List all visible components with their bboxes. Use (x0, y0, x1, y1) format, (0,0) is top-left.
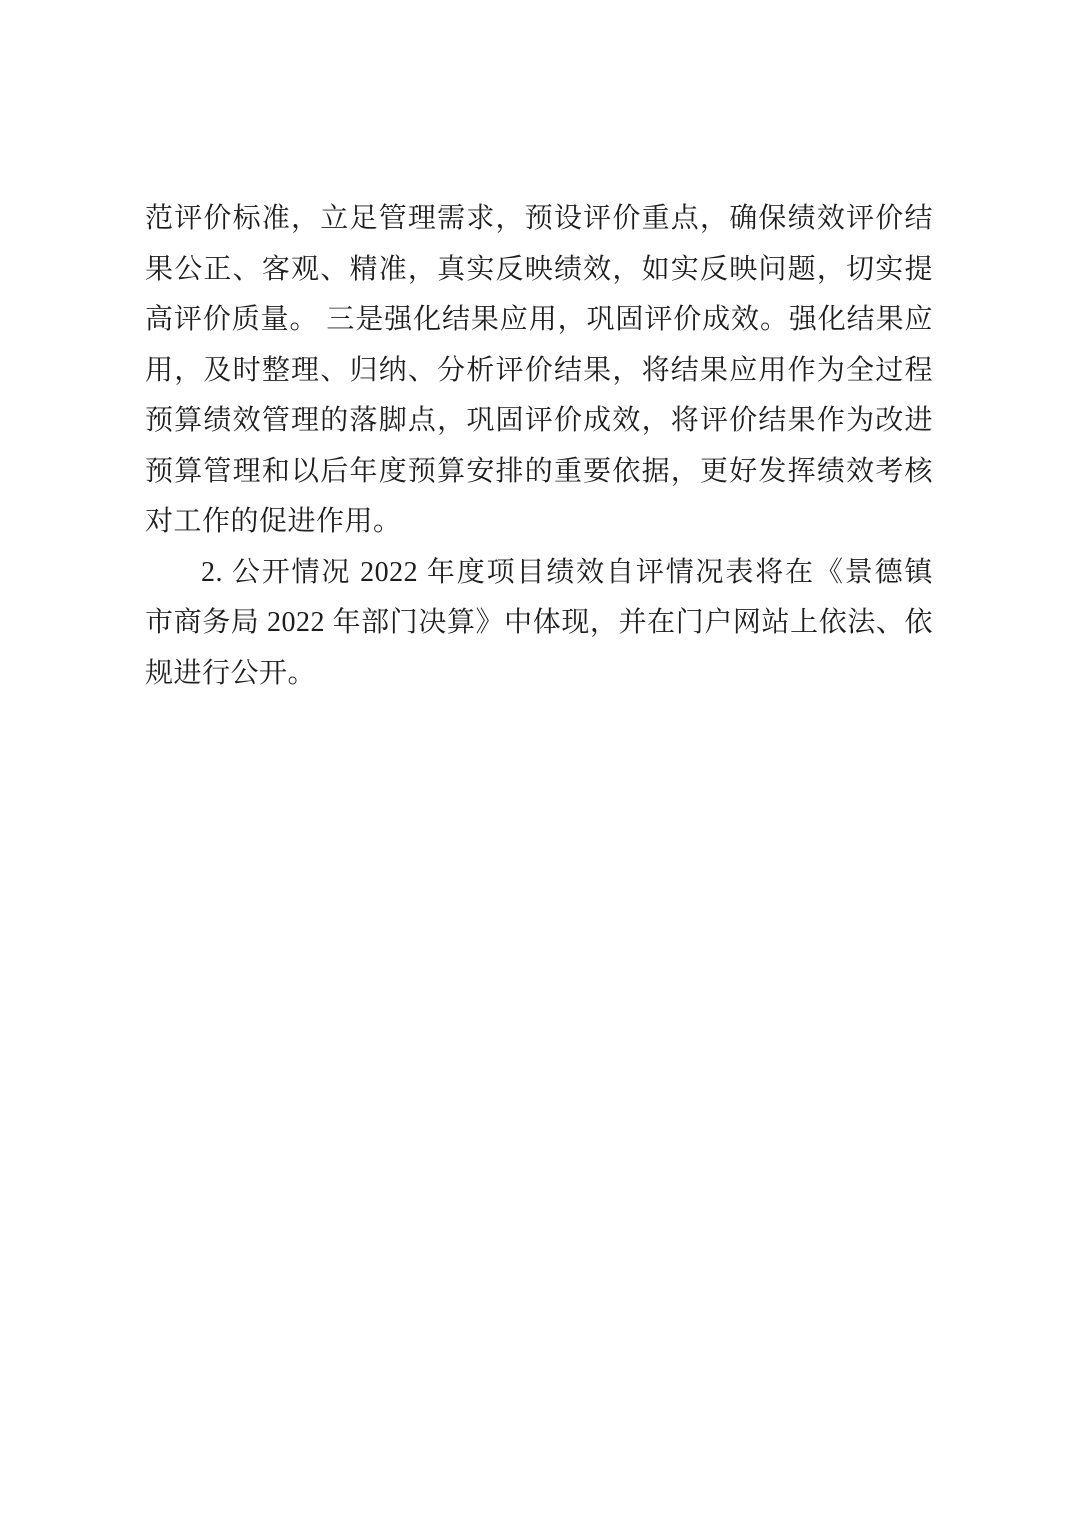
text-line: 果公正、客观、精准，真实反映绩效，如实反映问题，切实提 (145, 245, 933, 296)
text-line: 规进行公开。 (145, 649, 933, 700)
paragraph-1: 范评价标准，立足管理需求，预设评价重点，确保绩效评价结 果公正、客观、精准，真实… (145, 194, 933, 548)
text-line: 预算绩效管理的落脚点，巩固评价成效，将评价结果作为改进 (145, 396, 933, 447)
text-line: 市商务局 2022 年部门决算》中体现，并在门户网站上依法、依 (145, 598, 933, 649)
text-line: 预算管理和以后年度预算安排的重要依据，更好发挥绩效考核 (145, 447, 933, 498)
text-line: 用，及时整理、归纳、分析评价结果，将结果应用作为全过程 (145, 346, 933, 397)
text-line: 高评价质量。 三是强化结果应用，巩固评价成效。强化结果应 (145, 295, 933, 346)
paragraph-2: 2. 公开情况 2022 年度项目绩效自评情况表将在《景德镇 市商务局 2022… (145, 548, 933, 700)
text-line: 范评价标准，立足管理需求，预设评价重点，确保绩效评价结 (145, 194, 933, 245)
document-body: 范评价标准，立足管理需求，预设评价重点，确保绩效评价结 果公正、客观、精准，真实… (145, 194, 933, 699)
text-line: 对工作的促进作用。 (145, 497, 933, 548)
document-page: 范评价标准，立足管理需求，预设评价重点，确保绩效评价结 果公正、客观、精准，真实… (0, 0, 1074, 1520)
text-line: 2. 公开情况 2022 年度项目绩效自评情况表将在《景德镇 (145, 548, 933, 599)
